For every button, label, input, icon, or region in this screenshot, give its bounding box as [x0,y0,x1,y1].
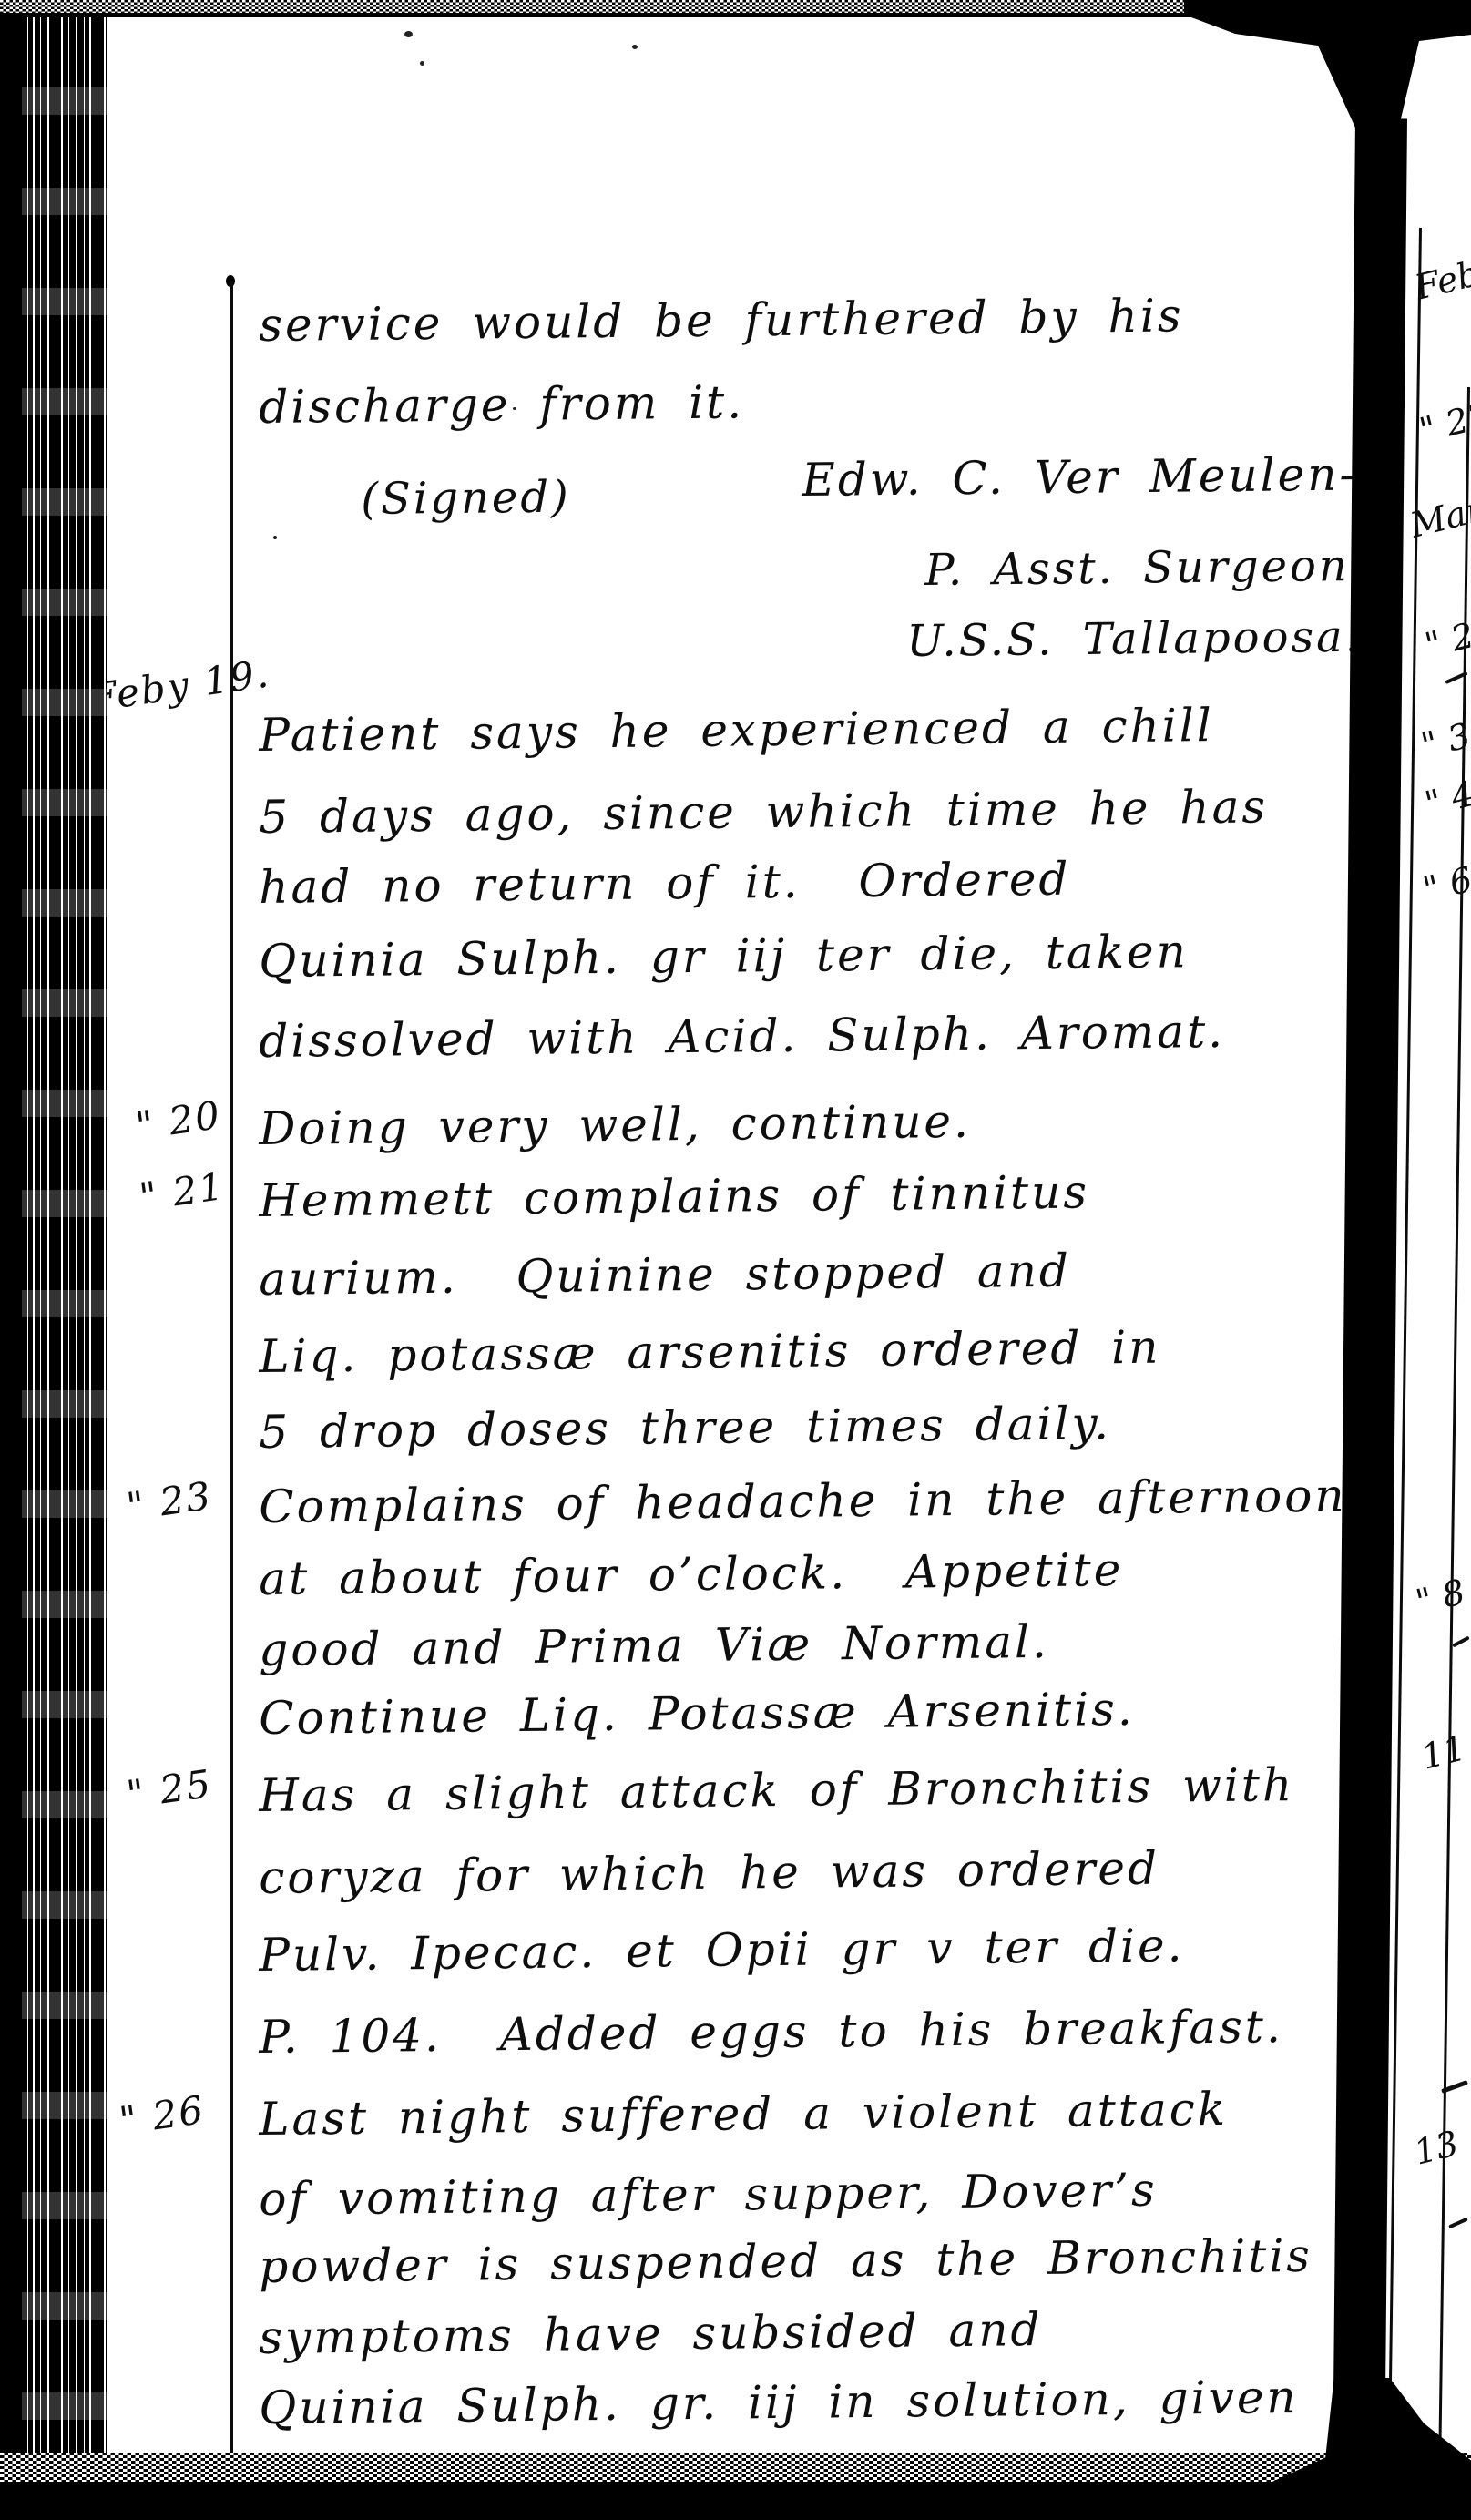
margin-rule [230,281,233,2520]
handwriting-line: Pulv. Ipecac. et Opii gr v ter die. [259,1921,1185,1981]
margin-date: " 21 [137,1163,228,1220]
handwriting-line: P. 104. Added eggs to his breakfast. [259,2002,1283,2063]
dust-speck [273,536,277,539]
cut-off-pen-stroke [1448,2218,1468,2229]
page-top-edge-line [0,13,1231,17]
signature-rank: P. Asst. Surgeon [924,542,1350,595]
margin-date: " 23 [124,1473,215,1530]
handwriting-line: Doing very well, continue. [259,1097,971,1154]
dust-speck [632,45,638,49]
handwriting-line: discharge from it. [259,377,744,433]
handwriting-line: Last night suffered a violent attack [259,2085,1228,2145]
handwriting-line: had no return of it. Ordered [259,855,1071,913]
handwriting-line: coryza for which he was ordered [259,1844,1159,1903]
handwriting-line: good and Prima Viæ Normal. [259,1617,1049,1675]
handwriting-line: aurium. Quinine stopped and [259,1246,1071,1305]
handwriting-line: symptoms have subsided and [259,2305,1043,2363]
scan-top-right-shadow [1184,0,1471,146]
handwriting-line: Liq. potassæ arsenitis ordered in [259,1323,1161,1382]
margin-date: " 20 [133,1092,224,1149]
next-page-margin-date: " 6 [1419,859,1471,910]
handwriting-line: dissolved with Acid. Sulph. Aromat. [259,1007,1225,1067]
margin-date: Feby 19. [87,650,272,720]
handwriting-line: 5 days ago, since which time he has [259,782,1268,843]
handwriting-line: Continue Liq. Potassæ Arsenitis. [259,1685,1135,1744]
signature-ship: U.S.S. Tallapoosa. [906,613,1362,666]
margin-date: " 26 [117,2087,208,2144]
handwriting-line: Patient says he experienced a chill [259,701,1214,761]
handwriting-line: Complains of headache in the afternoon [259,1470,1347,1532]
next-page-margin-date: " 27 [1415,394,1471,451]
scan-bottom-black-band [0,2482,1471,2520]
dust-speck [404,31,413,37]
signature-signed-label: (Signed) [361,474,571,524]
scan-bottom-noise-band [0,2453,1471,2485]
signature-name: Edw. C. Ver Meulen— [802,449,1388,506]
next-page-margin-date: 13 [1410,2123,1463,2172]
scanned-journal-page: service would be furthered by his discha… [0,0,1471,2520]
cut-off-pen-stroke [1452,1636,1470,1648]
handwriting-line: Quinia Sulph. gr iij ter die, taken [259,927,1189,987]
next-page-margin-rule [1437,387,1470,2520]
margin-date: " 25 [124,1761,215,1818]
handwriting-line: 5 drop doses three times daily. [259,1398,1111,1458]
book-binding-spine [0,0,22,2520]
handwriting-line: powder is suspended as the Bronchitis [259,2231,1313,2292]
handwriting-line: Quinia Sulph. gr. iij in solution, given [259,2372,1299,2433]
handwriting-line: Has a slight attack of Bronchitis with [259,1760,1294,1821]
handwriting-line: of vomiting after supper, Dover’s [259,2166,1158,2225]
next-page-margin-date: 11 [1417,1727,1470,1777]
handwriting-line: service would be furthered by his [259,291,1184,351]
next-page-margin-date: " 8 [1412,1572,1469,1623]
dust-speck [420,61,424,66]
handwriting-line: at about four o’clock. Appetite [259,1545,1124,1604]
handwriting-line: Hemmett complains of tinnitus [259,1167,1089,1226]
